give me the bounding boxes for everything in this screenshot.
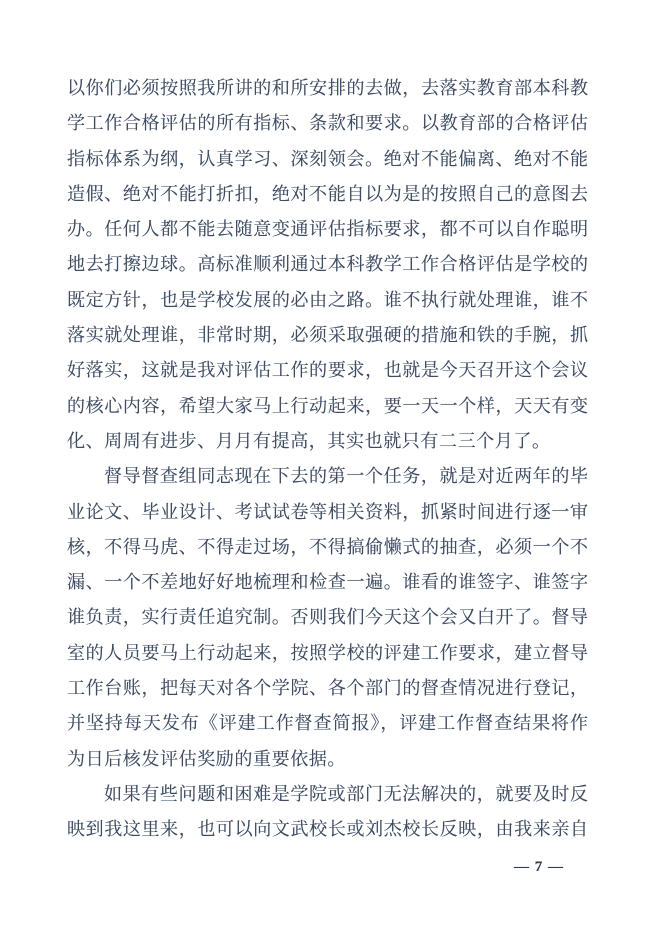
document-body: 以你们必须按照我所讲的和所安排的去做，去落实教育部本科教 学工作合格评估的所有指… xyxy=(67,71,588,848)
scanned-document-page: 以你们必须按照我所讲的和所安排的去做，去落实教育部本科教 学工作合格评估的所有指… xyxy=(0,0,653,928)
text-line: 并坚持每天发布《评建工作督查简报》，评建工作督查结果将作 xyxy=(67,706,588,741)
text-line: 造假、绝对不能打折扣，绝对不能自以为是的按照自己的意图去 xyxy=(67,177,588,212)
text-line: 室的人员要马上行动起来，按照学校的评建工作要求，建立督导 xyxy=(67,636,588,671)
text-line: 谁负责，实行责任追究制。否则我们今天这个会又白开了。督导 xyxy=(67,600,588,635)
text-line: 办。任何人都不能去随意变通评估指标要求，都不可以自作聪明 xyxy=(67,212,588,247)
page-number: — 7 — xyxy=(514,859,564,876)
text-line: 指标体系为纲，认真学习、深刻领会。绝对不能偏离、绝对不能 xyxy=(67,142,588,177)
text-line: 既定方针，也是学校发展的必由之路。谁不执行就处理谁，谁不 xyxy=(67,283,588,318)
text-line: 业论文、毕业设计、考试试卷等相关资料，抓紧时间进行逐一审 xyxy=(67,495,588,530)
text-line: 化、周周有进步、月月有提高，其实也就只有二三个月了。 xyxy=(67,424,588,459)
text-line: 核，不得马虎、不得走过场，不得搞偷懒式的抽查，必须一个不 xyxy=(67,530,588,565)
text-line: 为日后核发评估奖励的重要依据。 xyxy=(67,742,588,777)
text-line: 好落实，这就是我对评估工作的要求，也就是今天召开这个会议 xyxy=(67,353,588,388)
text-line: 学工作合格评估的所有指标、条款和要求。以教育部的合格评估 xyxy=(67,106,588,141)
text-line: 以你们必须按照我所讲的和所安排的去做，去落实教育部本科教 xyxy=(67,71,588,106)
text-line: 映到我这里来，也可以向文武校长或刘杰校长反映，由我来亲自 xyxy=(67,812,588,847)
text-line: 落实就处理谁，非常时期，必须采取强硬的措施和铁的手腕，抓 xyxy=(67,318,588,353)
text-line: 工作台账，把每天对各个学院、各个部门的督查情况进行登记， xyxy=(67,671,588,706)
text-line: 如果有些问题和困难是学院或部门无法解决的，就要及时反 xyxy=(67,777,588,812)
text-line: 的核心内容，希望大家马上行动起来，要一天一个样，天天有变 xyxy=(67,389,588,424)
text-line: 漏、一个不差地好好地梳理和检查一遍。谁看的谁签字、谁签字 xyxy=(67,565,588,600)
text-line: 督导督查组同志现在下去的第一个任务，就是对近两年的毕 xyxy=(67,459,588,494)
text-line: 地去打擦边球。高标准顺利通过本科教学工作合格评估是学校的 xyxy=(67,247,588,282)
